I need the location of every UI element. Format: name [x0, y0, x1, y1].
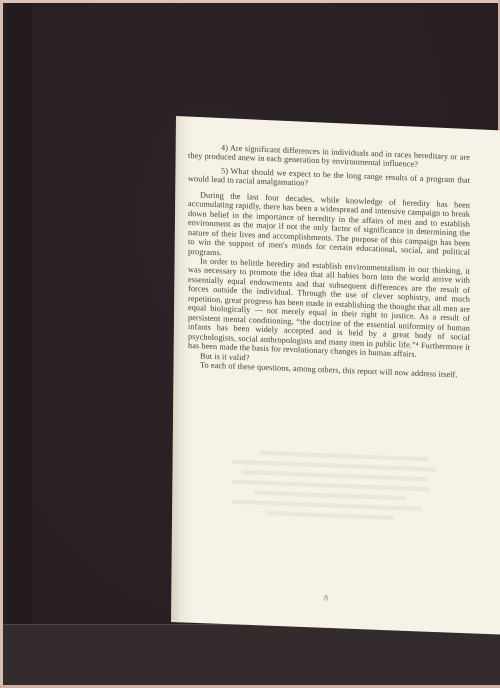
scan-edge-left — [0, 0, 3, 688]
scan-edge-top — [0, 0, 500, 3]
page-number: 8 — [316, 593, 336, 603]
book-page: 4) Are significant differences in indivi… — [168, 110, 500, 638]
show-through-text — [232, 450, 444, 528]
cover-edge-below-page — [2, 624, 500, 686]
paragraph-1: During the last four decades, while know… — [188, 190, 470, 267]
book-spine-shadow — [6, 3, 32, 685]
paragraph-2: In order to belittle heredity and establ… — [188, 256, 470, 361]
page-text-block: 4) Are significant differences in indivi… — [188, 142, 470, 380]
